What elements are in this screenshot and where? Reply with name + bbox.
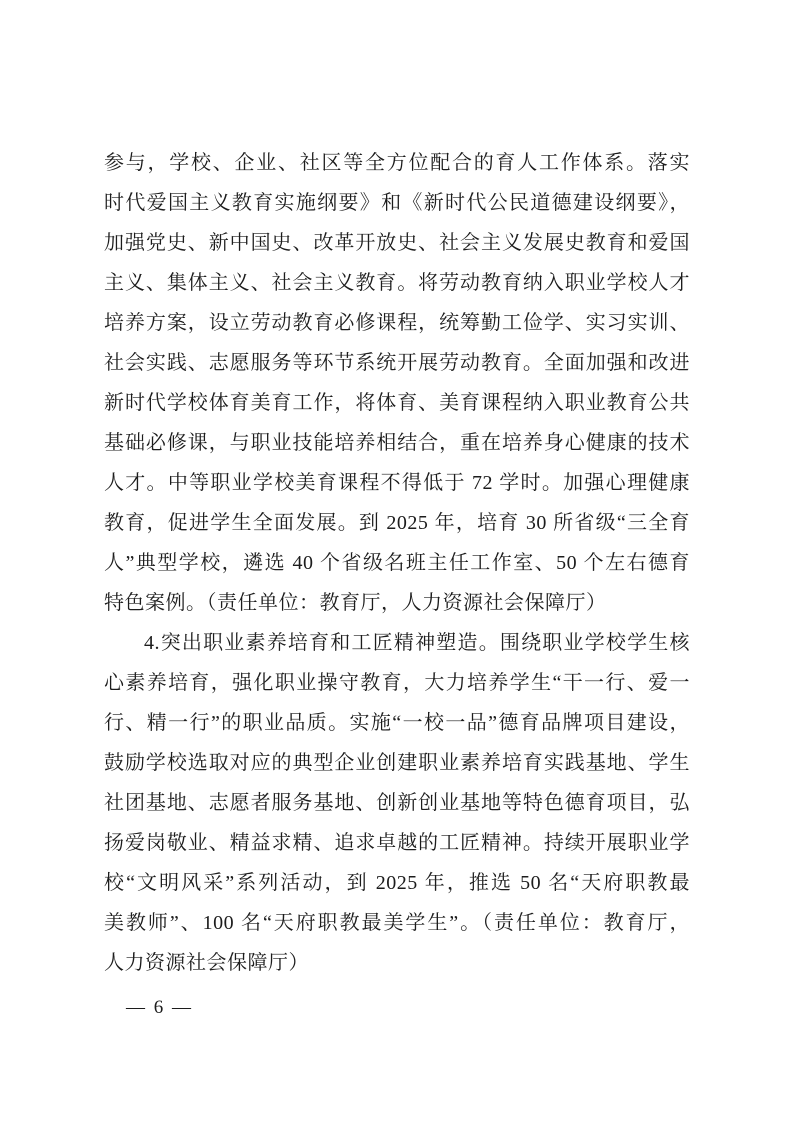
text-line: 美教师”、100 名“天府职教最美学生”。（责任单位：教育厅， <box>104 903 690 943</box>
document-page: 参与，学校、企业、社区等全方位配合的育人工作体系。落实《新 时代爱国主义教育实施… <box>0 0 793 1122</box>
paragraph: 4.突出职业素养培育和工匠精神塑造。围绕职业学校学生核 心素养培育，强化职业操守… <box>104 623 690 983</box>
text-line: 时代爱国主义教育实施纲要》和《新时代公民道德建设纲要》， <box>104 183 690 223</box>
page-number: — 6 — <box>126 993 193 1023</box>
text-line: 鼓励学校选取对应的典型企业创建职业素养培育实践基地、学生 <box>104 743 690 783</box>
text-line: 社会实践、志愿服务等环节系统开展劳动教育。全面加强和改进 <box>104 343 690 383</box>
text-line: 校“文明风采”系列活动，到 2025 年，推选 50 名“天府职教最 <box>104 863 690 903</box>
text-line: 加强党史、新中国史、改革开放史、社会主义发展史教育和爱国 <box>104 223 690 263</box>
text-line: 主义、集体主义、社会主义教育。将劳动教育纳入职业学校人才 <box>104 263 690 303</box>
paragraph: 参与，学校、企业、社区等全方位配合的育人工作体系。落实《新 时代爱国主义教育实施… <box>104 143 690 623</box>
text-line: 特色案例。（责任单位：教育厅，人力资源社会保障厅） <box>104 583 690 623</box>
text-line: 人”典型学校，遴选 40 个省级名班主任工作室、50 个左右德育 <box>104 543 690 583</box>
text-line: 新时代学校体育美育工作，将体育、美育课程纳入职业教育公共 <box>104 383 690 423</box>
document-body: 参与，学校、企业、社区等全方位配合的育人工作体系。落实《新 时代爱国主义教育实施… <box>104 143 690 983</box>
text-line: 人才。中等职业学校美育课程不得低于 72 学时。加强心理健康 <box>104 463 690 503</box>
text-line: 教育，促进学生全面发展。到 2025 年，培育 30 所省级“三全育 <box>104 503 690 543</box>
text-line: 行、精一行”的职业品质。实施“一校一品”德育品牌项目建设， <box>104 703 690 743</box>
text-line: 参与，学校、企业、社区等全方位配合的育人工作体系。落实《新 <box>104 143 690 183</box>
text-line: 培养方案，设立劳动教育必修课程，统筹勤工俭学、实习实训、 <box>104 303 690 343</box>
text-line: 4.突出职业素养培育和工匠精神塑造。围绕职业学校学生核 <box>104 623 690 663</box>
text-line: 社团基地、志愿者服务基地、创新创业基地等特色德育项目，弘 <box>104 783 690 823</box>
text-line: 心素养培育，强化职业操守教育，大力培养学生“干一行、爱一 <box>104 663 690 703</box>
text-line: 人力资源社会保障厅） <box>104 943 690 983</box>
text-line: 扬爱岗敬业、精益求精、追求卓越的工匠精神。持续开展职业学 <box>104 823 690 863</box>
text-line: 基础必修课，与职业技能培养相结合，重在培养身心健康的技术 <box>104 423 690 463</box>
